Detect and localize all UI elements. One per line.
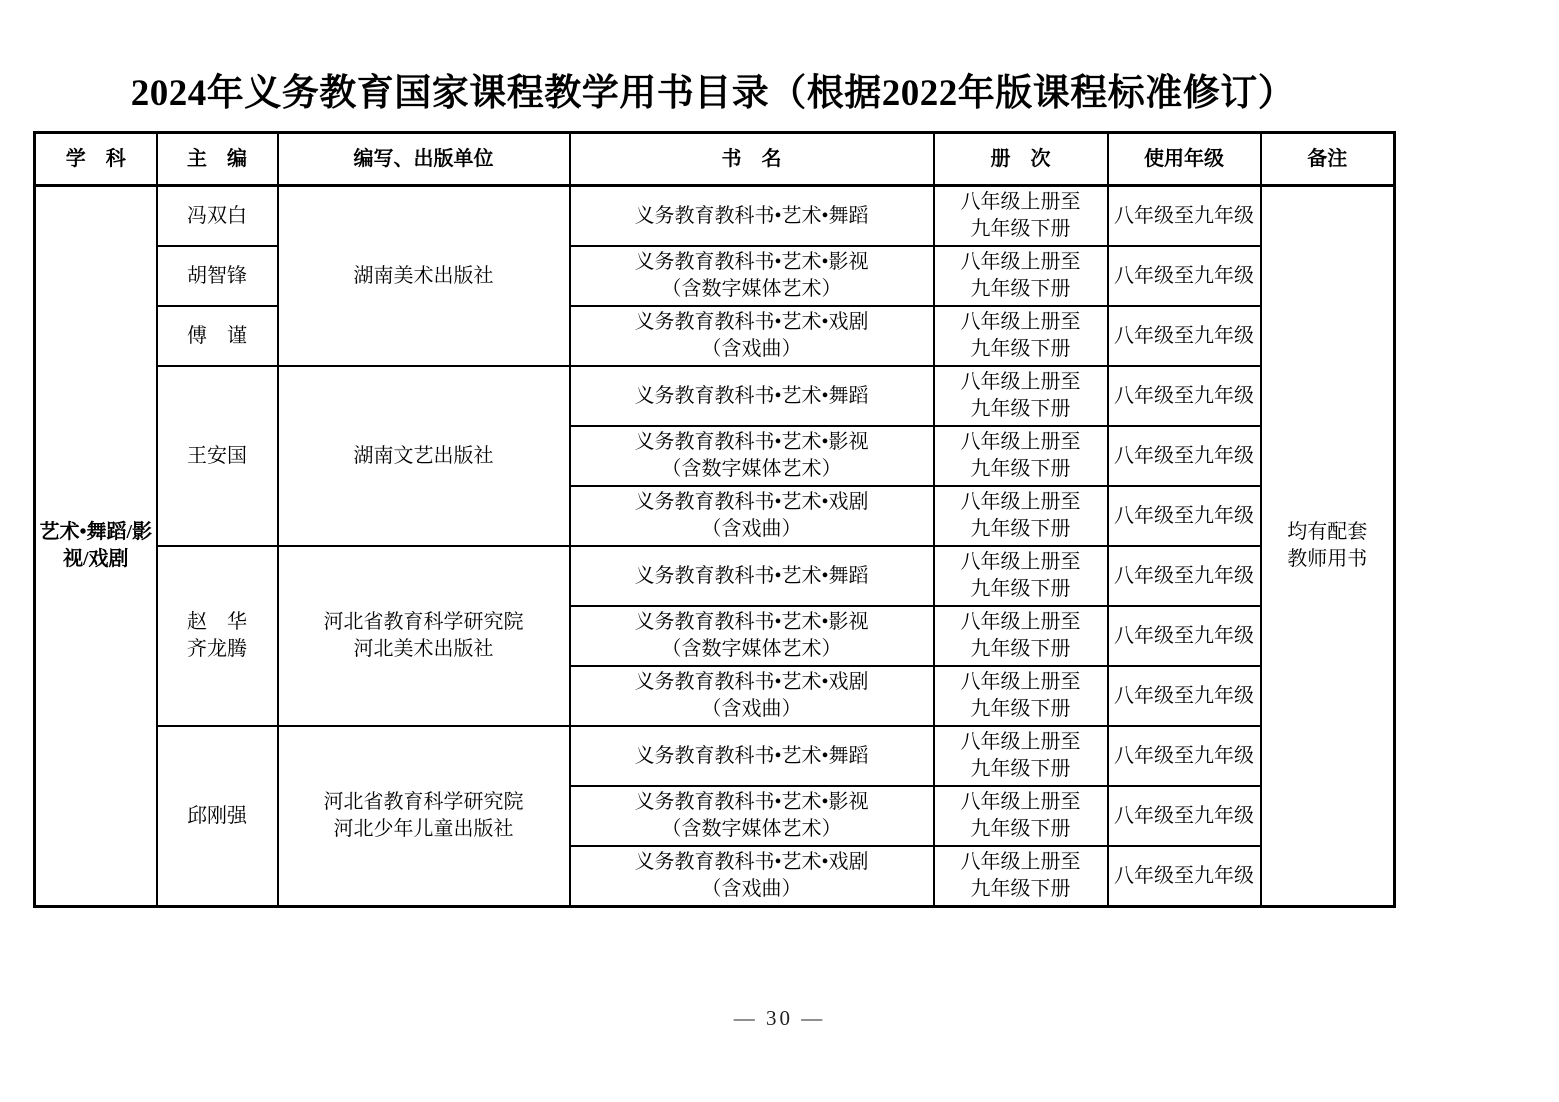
col-header-book: 书 名: [570, 133, 934, 186]
book-title-cell: 义务教育教科书•艺术•戏剧 （含戏曲）: [570, 486, 934, 546]
page-number: — 30 —: [0, 1006, 1559, 1031]
book-title-cell: 义务教育教科书•艺术•戏剧 （含戏曲）: [570, 666, 934, 726]
table-row: 胡智锋 义务教育教科书•艺术•影视 （含数字媒体艺术） 八年级上册至 九年级下册…: [35, 246, 1395, 306]
grade-cell: 八年级至九年级: [1108, 666, 1261, 726]
volume-cell: 八年级上册至 九年级下册: [934, 486, 1108, 546]
editor-cell: 胡智锋: [157, 246, 278, 306]
book-title-cell: 义务教育教科书•艺术•影视 （含数字媒体艺术）: [570, 606, 934, 666]
grade-cell: 八年级至九年级: [1108, 486, 1261, 546]
publisher-cell: 湖南文艺出版社: [278, 366, 570, 546]
grade-cell: 八年级至九年级: [1108, 366, 1261, 426]
col-header-volume: 册 次: [934, 133, 1108, 186]
book-title-cell: 义务教育教科书•艺术•舞蹈: [570, 546, 934, 606]
grade-cell: 八年级至九年级: [1108, 306, 1261, 366]
volume-cell: 八年级上册至 九年级下册: [934, 426, 1108, 486]
editor-cell: 邱刚强: [157, 726, 278, 907]
grade-cell: 八年级至九年级: [1108, 606, 1261, 666]
book-title-cell: 义务教育教科书•艺术•戏剧 （含戏曲）: [570, 846, 934, 907]
col-header-publisher: 编写、出版单位: [278, 133, 570, 186]
grade-cell: 八年级至九年级: [1108, 846, 1261, 907]
editor-cell: 冯双白: [157, 186, 278, 247]
book-title-cell: 义务教育教科书•艺术•舞蹈: [570, 726, 934, 786]
volume-cell: 八年级上册至 九年级下册: [934, 726, 1108, 786]
book-title-cell: 义务教育教科书•艺术•影视 （含数字媒体艺术）: [570, 246, 934, 306]
volume-cell: 八年级上册至 九年级下册: [934, 306, 1108, 366]
publisher-cell: 河北省教育科学研究院 河北美术出版社: [278, 546, 570, 726]
table-row: 邱刚强 河北省教育科学研究院 河北少年儿童出版社 义务教育教科书•艺术•舞蹈 八…: [35, 726, 1395, 786]
document-page: 2024年义务教育国家课程教学用书目录（根据2022年版课程标准修订） 学 科 …: [0, 0, 1559, 1102]
book-title-cell: 义务教育教科书•艺术•影视 （含数字媒体艺术）: [570, 426, 934, 486]
remark-cell: 均有配套 教师用书: [1261, 186, 1395, 907]
volume-cell: 八年级上册至 九年级下册: [934, 606, 1108, 666]
volume-cell: 八年级上册至 九年级下册: [934, 246, 1108, 306]
subject-cell: 艺术•舞蹈/影 视/戏剧: [35, 186, 157, 907]
volume-cell: 八年级上册至 九年级下册: [934, 546, 1108, 606]
volume-cell: 八年级上册至 九年级下册: [934, 186, 1108, 247]
editor-cell: 王安国: [157, 366, 278, 546]
volume-cell: 八年级上册至 九年级下册: [934, 786, 1108, 846]
col-header-editor: 主 编: [157, 133, 278, 186]
table-row: 傅 谨 义务教育教科书•艺术•戏剧 （含戏曲） 八年级上册至 九年级下册 八年级…: [35, 306, 1395, 366]
col-header-remark: 备注: [1261, 133, 1395, 186]
page-title: 2024年义务教育国家课程教学用书目录（根据2022年版课程标准修订）: [33, 72, 1393, 116]
grade-cell: 八年级至九年级: [1108, 186, 1261, 247]
volume-cell: 八年级上册至 九年级下册: [934, 846, 1108, 907]
book-title-cell: 义务教育教科书•艺术•戏剧 （含戏曲）: [570, 306, 934, 366]
table-row: 赵 华 齐龙腾 河北省教育科学研究院 河北美术出版社 义务教育教科书•艺术•舞蹈…: [35, 546, 1395, 606]
col-header-grade: 使用年级: [1108, 133, 1261, 186]
header-row: 学 科 主 编 编写、出版单位 书 名 册 次 使用年级 备注: [35, 133, 1395, 186]
volume-cell: 八年级上册至 九年级下册: [934, 666, 1108, 726]
table-row: 艺术•舞蹈/影 视/戏剧 冯双白 湖南美术出版社 义务教育教科书•艺术•舞蹈 八…: [35, 186, 1395, 247]
book-title-cell: 义务教育教科书•艺术•舞蹈: [570, 366, 934, 426]
editor-cell: 赵 华 齐龙腾: [157, 546, 278, 726]
textbook-catalog-table: 学 科 主 编 编写、出版单位 书 名 册 次 使用年级 备注 艺术•舞蹈/影 …: [33, 131, 1396, 908]
grade-cell: 八年级至九年级: [1108, 246, 1261, 306]
grade-cell: 八年级至九年级: [1108, 726, 1261, 786]
col-header-subject: 学 科: [35, 133, 157, 186]
volume-cell: 八年级上册至 九年级下册: [934, 366, 1108, 426]
editor-cell: 傅 谨: [157, 306, 278, 366]
grade-cell: 八年级至九年级: [1108, 426, 1261, 486]
book-title-cell: 义务教育教科书•艺术•舞蹈: [570, 186, 934, 247]
book-title-cell: 义务教育教科书•艺术•影视 （含数字媒体艺术）: [570, 786, 934, 846]
grade-cell: 八年级至九年级: [1108, 786, 1261, 846]
publisher-cell: 河北省教育科学研究院 河北少年儿童出版社: [278, 726, 570, 907]
table-row: 王安国 湖南文艺出版社 义务教育教科书•艺术•舞蹈 八年级上册至 九年级下册 八…: [35, 366, 1395, 426]
publisher-cell: 湖南美术出版社: [278, 186, 570, 367]
grade-cell: 八年级至九年级: [1108, 546, 1261, 606]
